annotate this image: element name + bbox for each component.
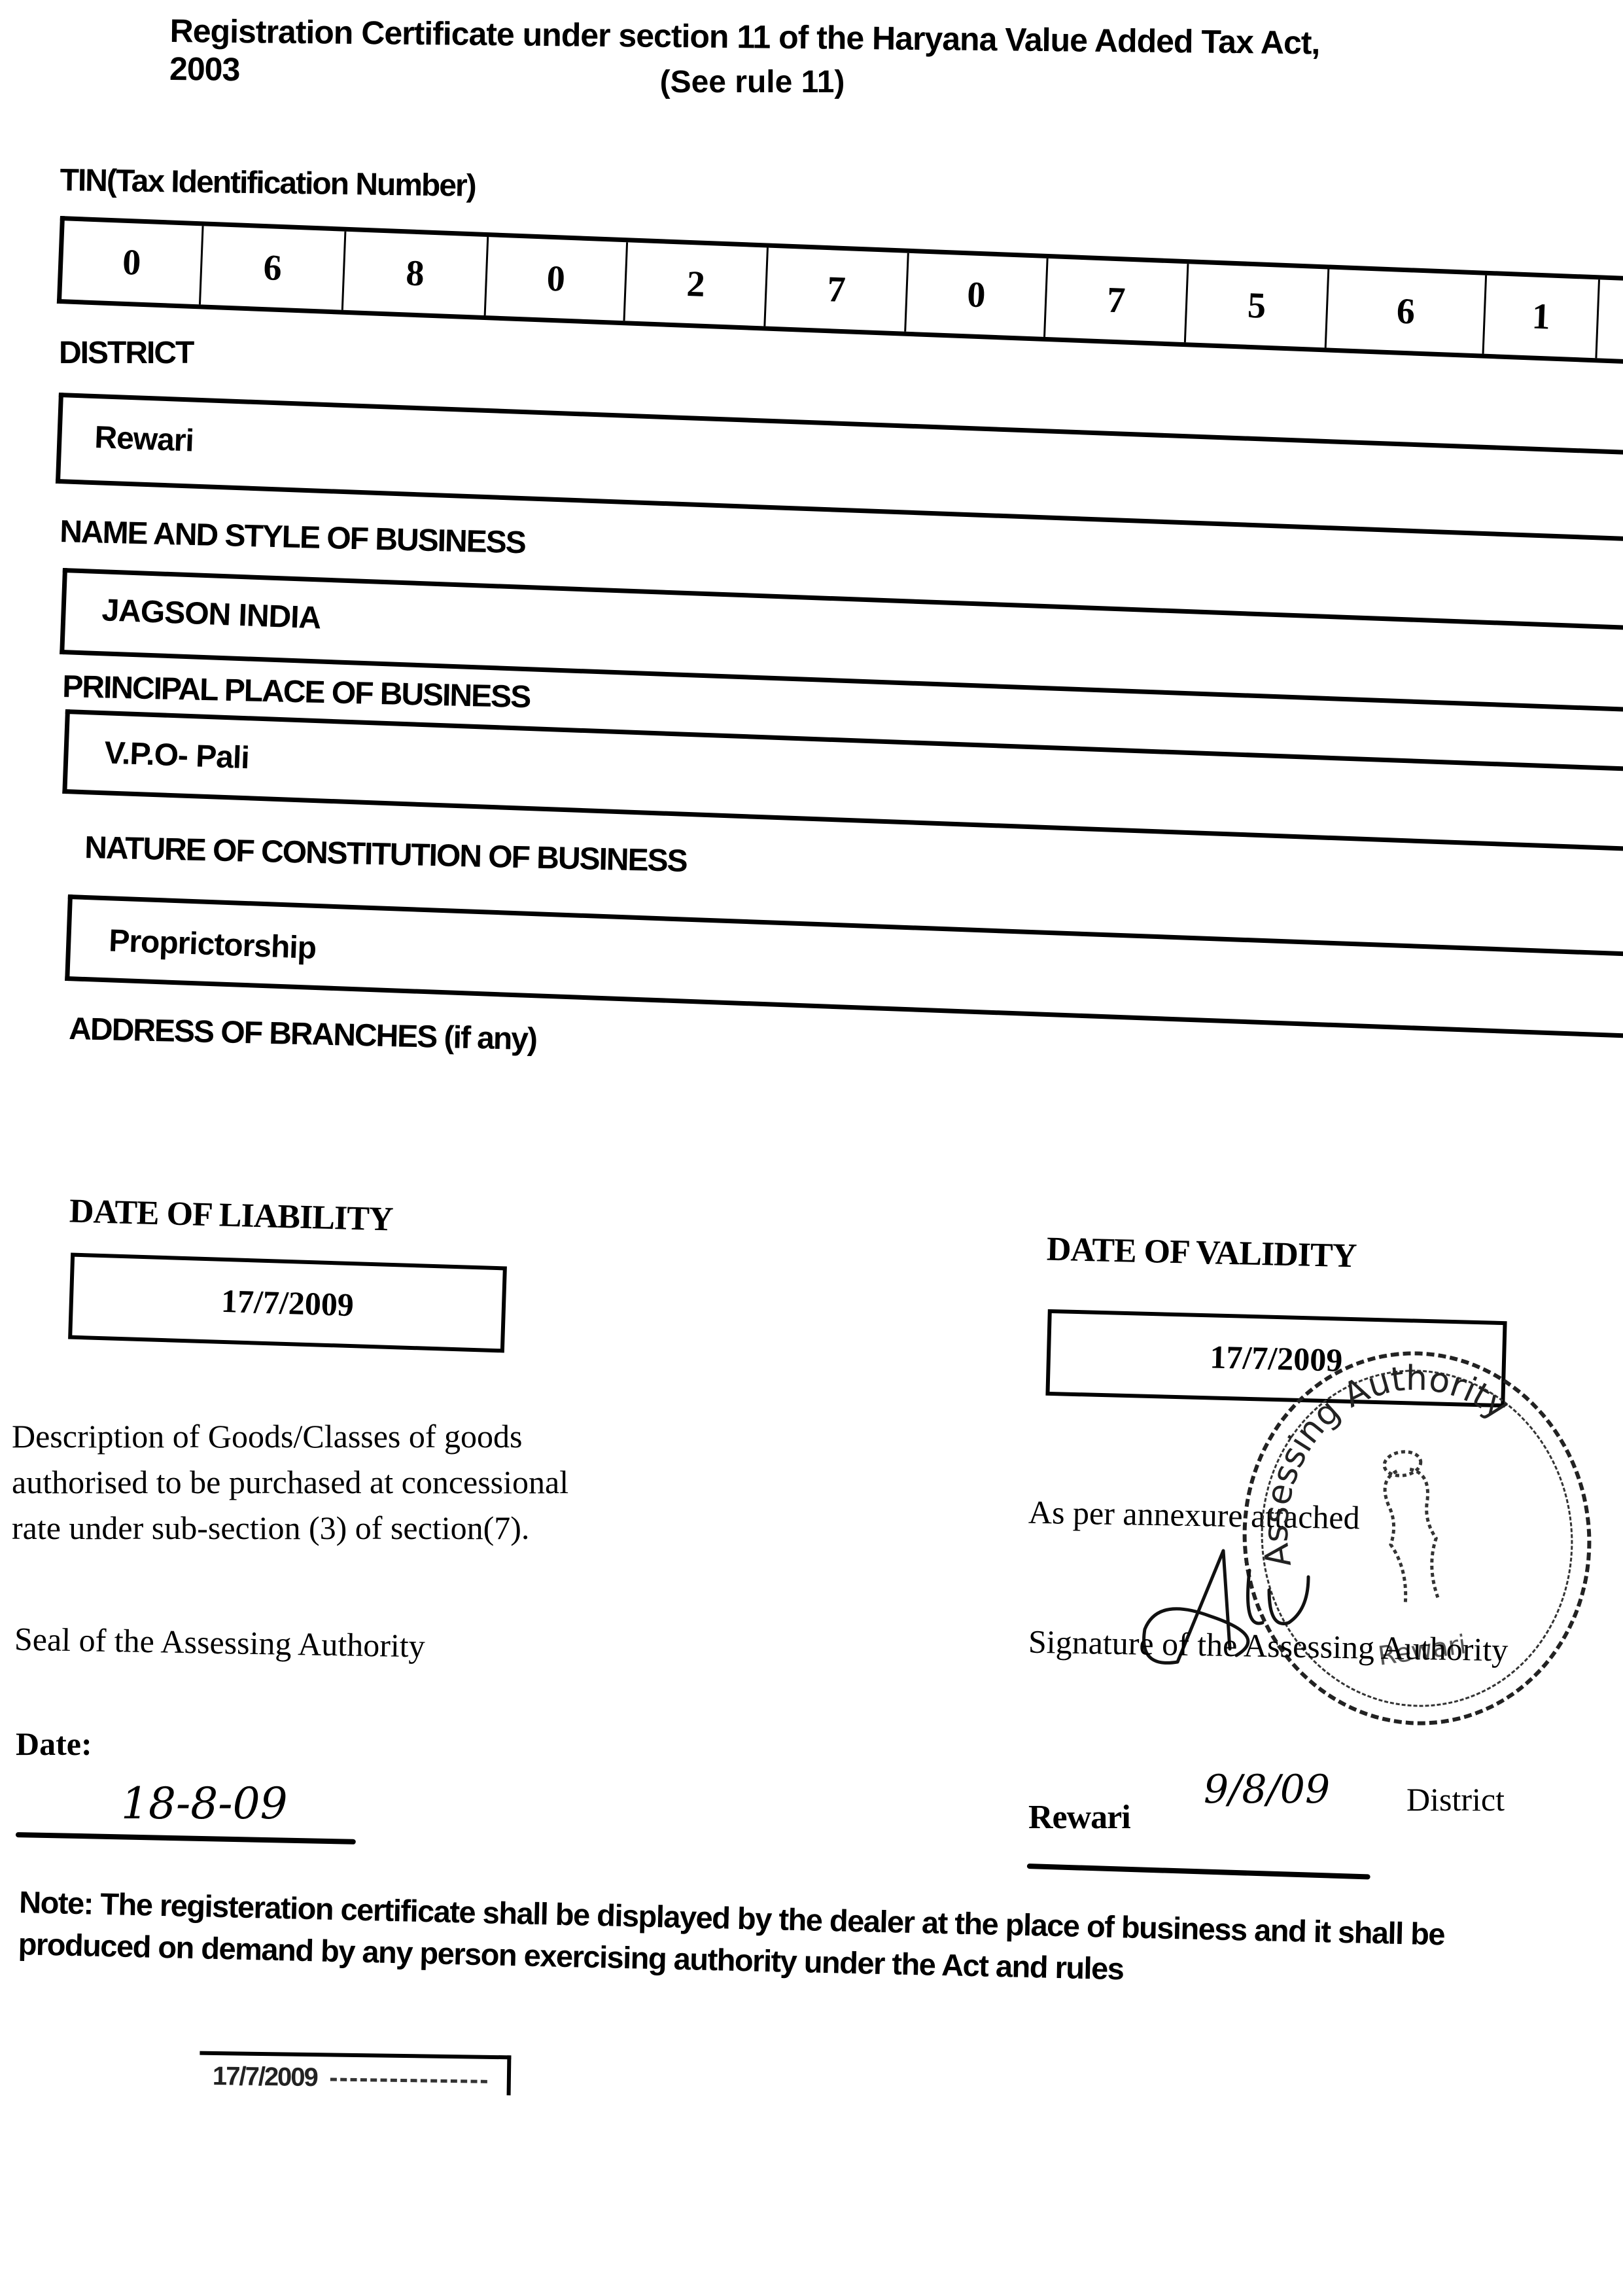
issue-date-underline xyxy=(16,1832,356,1845)
tin-digit: 5 xyxy=(1186,264,1329,347)
principal-place-label: PRINCIPAL PLACE OF BUSINESS xyxy=(62,669,531,715)
goods-description-line: authorised to be purchased at concession… xyxy=(12,1459,568,1505)
constitution-value: Proprictorship xyxy=(108,923,317,966)
goods-description: Description of Goods/Classes of goods au… xyxy=(12,1413,568,1551)
tin-digit: 0 xyxy=(906,253,1048,337)
tin-digit: 0 xyxy=(486,237,628,321)
issue-date-handwritten: 18-8-09 xyxy=(121,1778,288,1829)
date-of-liability-label: DATE OF LIABILITY xyxy=(69,1192,393,1239)
signature-scribble-icon xyxy=(1138,1531,1361,1695)
district-label: DISTRICT xyxy=(59,335,193,371)
constitution-label: NATURE OF CONSTITUTION OF BUSINESS xyxy=(84,830,687,879)
tin-digit: 8 xyxy=(343,232,489,315)
tin-number-boxes: 06802707561 xyxy=(57,216,1623,364)
issue-date-label: Date: xyxy=(16,1721,92,1767)
goods-description-line: rate under sub-section (3) of section(7)… xyxy=(12,1505,568,1551)
date-of-liability-box: 17/7/2009 xyxy=(68,1253,507,1353)
goods-description-line: Description of Goods/Classes of goods xyxy=(12,1413,568,1459)
tin-label: TIN(Tax Identification Number) xyxy=(60,162,476,204)
district-signoff-label: District xyxy=(1406,1776,1505,1822)
note-block: Note: The registeration certificate shal… xyxy=(18,1881,1524,1999)
district-value: Rewari xyxy=(94,419,194,459)
date-of-validity-label: DATE OF VALIDITY xyxy=(1046,1230,1357,1276)
tin-digit: 7 xyxy=(765,248,909,332)
business-name-value: JAGSON INDIA xyxy=(101,592,322,636)
footer-date-stamp: 17/7/2009 xyxy=(200,2051,512,2096)
note-prefix: Note: xyxy=(19,1884,94,1921)
district-signoff-underline xyxy=(1027,1863,1370,1879)
business-name-label: NAME AND STYLE OF BUSINESS xyxy=(60,514,526,561)
certificate-subtitle: (See rule 11) xyxy=(0,64,1505,100)
signature-label: Signature of the Assessing Authority xyxy=(1028,1619,1508,1673)
district-signoff-handwritten: 9/8/09 xyxy=(1204,1767,1330,1812)
date-of-liability-value: 17/7/2009 xyxy=(220,1282,355,1324)
tin-digit: 0 xyxy=(61,221,203,304)
principal-place-value: V.P.O- Pali xyxy=(104,735,250,776)
tin-digit: 7 xyxy=(1045,258,1189,342)
tin-digit: 2 xyxy=(625,242,768,326)
seal-label: Seal of the Assessing Authority xyxy=(14,1616,425,1669)
tin-digit: 6 xyxy=(1327,270,1487,354)
footer-date-value: 17/7/2009 xyxy=(213,2062,318,2093)
branches-label: ADDRESS OF BRANCHES (if any) xyxy=(69,1011,537,1057)
tin-digit: 6 xyxy=(201,226,346,309)
district-signoff-value: Rewari xyxy=(1028,1798,1130,1837)
principal-place-field: V.P.O- Pali xyxy=(62,709,1623,852)
tin-digit: 1 xyxy=(1484,275,1600,359)
